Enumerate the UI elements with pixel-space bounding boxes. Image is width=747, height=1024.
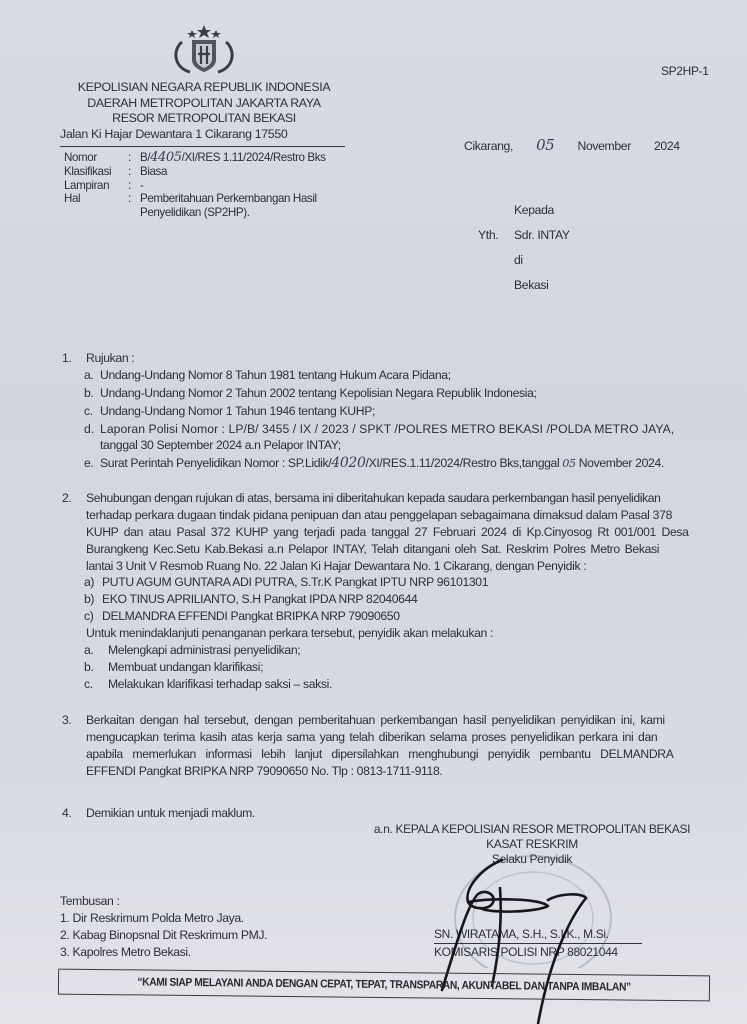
section-number: 3. <box>62 712 71 728</box>
recipient-city: Bekasi <box>514 277 548 302</box>
tembusan-item: 3. Kapolres Metro Bekasi. <box>60 944 267 961</box>
section-3-line: Berkaitan dengan hal tersebut, dengan pe… <box>86 712 665 728</box>
date-month: November <box>578 139 631 153</box>
closing-text: Demikian untuk menjadi maklum. <box>86 805 255 821</box>
recipient-kepada: Kepada <box>514 202 554 227</box>
motto-box: “KAMI SIAP MELAYANI ANDA DENGAN CEPAT, T… <box>58 969 710 1002</box>
meta-value: B/4405/XI/RES 1.11/2024/Restro Bks <box>140 151 350 165</box>
signatory: SN. WIRATAMA, S.H., S.I.K., M.Si. KOMISA… <box>434 926 642 960</box>
meta-klasifikasi: Klasifikasi : Biasa <box>64 165 350 179</box>
rujukan-item-d-cont: tanggal 30 September 2024 a.n Pelapor IN… <box>100 437 341 453</box>
letterhead-divider <box>60 146 345 147</box>
meta-sep: : <box>128 151 140 165</box>
recipient: Kepada Yth.Sdr. INTAY di Bekasi <box>478 202 570 302</box>
police-emblem-icon <box>168 24 240 76</box>
recipient-yth: Yth. <box>478 227 514 252</box>
letterhead-line-3: RESOR METROPOLITAN BEKASI <box>60 111 348 127</box>
investigator-b: b)EKO TINUS APRILIANTO, S.H Pangkat IPDA… <box>84 591 417 607</box>
section-number: 4. <box>62 805 71 821</box>
nomor-handwritten: 4405 <box>150 150 181 165</box>
rujukan-item-d: d.Laporan Polisi Nomor : LP/B/ 3455 / IX… <box>84 421 674 437</box>
recipient-di: di <box>514 252 523 277</box>
section-3-line: apabila memerlukan informasi lebih lanju… <box>86 746 674 762</box>
tembusan-title: Tembusan : <box>60 893 267 910</box>
signature-line-2: KASAT RESKRIM <box>356 837 708 852</box>
section-title: Rujukan : <box>86 350 134 366</box>
document-code: SP2HP-1 <box>661 63 709 79</box>
lidik-day-handwritten: 05 <box>562 457 575 470</box>
rujukan-item-e: e.Surat Perintah Penyelidikan Nomor : SP… <box>84 455 664 472</box>
meta-hal: Hal : Pemberitahuan Perkembangan Hasil P… <box>64 192 350 220</box>
section-number: 1. <box>62 350 71 366</box>
place: Cikarang, <box>464 139 513 153</box>
letterhead-address: Jalan Ki Hajar Dewantara 1 Cikarang 1755… <box>60 127 348 143</box>
tembusan-item: 1. Dir Reskrimum Polda Metro Jaya. <box>60 910 267 927</box>
signature-line-1: a.n. KEPALA KEPOLISIAN RESOR METROPOLITA… <box>356 822 708 837</box>
place-date: Cikarang, 05 November 2024 <box>464 137 680 154</box>
letterhead: KEPOLISIAN NEGARA REPUBLIK INDONESIA DAE… <box>60 80 348 142</box>
section-3-line: mengucapkan terima kasih atas kerja sama… <box>86 729 657 745</box>
nomor-prefix: B/ <box>140 151 150 164</box>
rujukan-item-c: c.Undang-Undang Nomor 1 Tahun 1946 tenta… <box>84 403 375 419</box>
meta-sep: : <box>128 192 140 220</box>
rujukan-item-a: a.Undang-Undang Nomor 8 Tahun 1981 tenta… <box>84 367 744 383</box>
tembusan: Tembusan : 1. Dir Reskrimum Polda Metro … <box>60 893 267 961</box>
section-2-line: terhadap perkara dugaan tindak pidana pe… <box>86 507 672 523</box>
meta-label: Hal <box>64 192 128 220</box>
action-b: b.Membuat undangan klarifikasi; <box>84 659 263 675</box>
investigator-a: a)PUTU AGUM GUNTARA ADI PUTRA, S.Tr.K Pa… <box>84 574 488 590</box>
meta-label: Klasifikasi <box>64 165 128 179</box>
date-year: 2024 <box>654 139 680 153</box>
signature-line-3: Selaku Penyidik <box>356 852 708 867</box>
section-3-line: EFFENDI Pangkat BRIPKA NRP 79090650 No. … <box>86 763 442 779</box>
rujukan-item-b: b.Undang-Undang Nomor 2 Tahun 2002 tenta… <box>84 385 537 401</box>
tembusan-item: 2. Kabag Binopsnal Dit Reskrimum PMJ. <box>60 927 267 944</box>
action-a: a.Melengkapi administrasi penyelidikan; <box>84 642 300 658</box>
section-2-line: Burangkeng Kec.Setu Kab.Bekasi a.n Pelap… <box>86 541 659 557</box>
meta-sep: : <box>128 179 140 193</box>
meta-value: Pemberitahuan Perkembangan Hasil Penyeli… <box>140 192 345 220</box>
section-2-line: lantai 3 Unit V Resmob Ruang No. 22 Jala… <box>86 558 586 574</box>
letterhead-line-1: KEPOLISIAN NEGARA REPUBLIK INDONESIA <box>60 80 348 96</box>
section-2-line: KUHP dan atau Pasal 372 KUHP yang terjad… <box>86 524 689 540</box>
signature-block: a.n. KEPALA KEPOLISIAN RESOR METROPOLITA… <box>356 822 708 867</box>
letter-meta: Nomor : B/4405/XI/RES 1.11/2024/Restro B… <box>64 151 350 220</box>
meta-label: Nomor <box>64 151 128 165</box>
nomor-suffix: /XI/RES 1.11/2024/Restro Bks <box>182 151 326 164</box>
signatory-rank: KOMISARIS POLISI NRP 88021044 <box>434 944 642 960</box>
investigator-c: c)DELMANDRA EFFENDI Pangkat BRIPKA NRP 7… <box>84 608 400 624</box>
recipient-name: Sdr. INTAY <box>514 227 570 252</box>
section-2-line: Sehubungan dengan rujukan di atas, bersa… <box>86 490 660 506</box>
signatory-name: SN. WIRATAMA, S.H., S.I.K., M.Si. <box>434 926 642 942</box>
action-c: c.Melakukan klarifikasi terhadap saksi –… <box>84 676 332 692</box>
meta-nomor: Nomor : B/4405/XI/RES 1.11/2024/Restro B… <box>64 151 350 165</box>
section-number: 2. <box>62 490 71 506</box>
date-day-handwritten: 05 <box>536 136 554 154</box>
meta-value: Biasa <box>140 165 350 179</box>
followup-intro: Untuk menindaklanjuti penanganan perkara… <box>86 625 493 641</box>
meta-label: Lampiran <box>64 179 128 193</box>
meta-lampiran: Lampiran : - <box>64 179 350 193</box>
letterhead-line-2: DAERAH METROPOLITAN JAKARTA RAYA <box>60 96 348 112</box>
motto-text: “KAMI SIAP MELAYANI ANDA DENGAN CEPAT, T… <box>137 976 630 993</box>
meta-value: - <box>140 179 350 193</box>
lidik-number-handwritten: 4020 <box>331 455 365 471</box>
meta-sep: : <box>128 165 140 179</box>
